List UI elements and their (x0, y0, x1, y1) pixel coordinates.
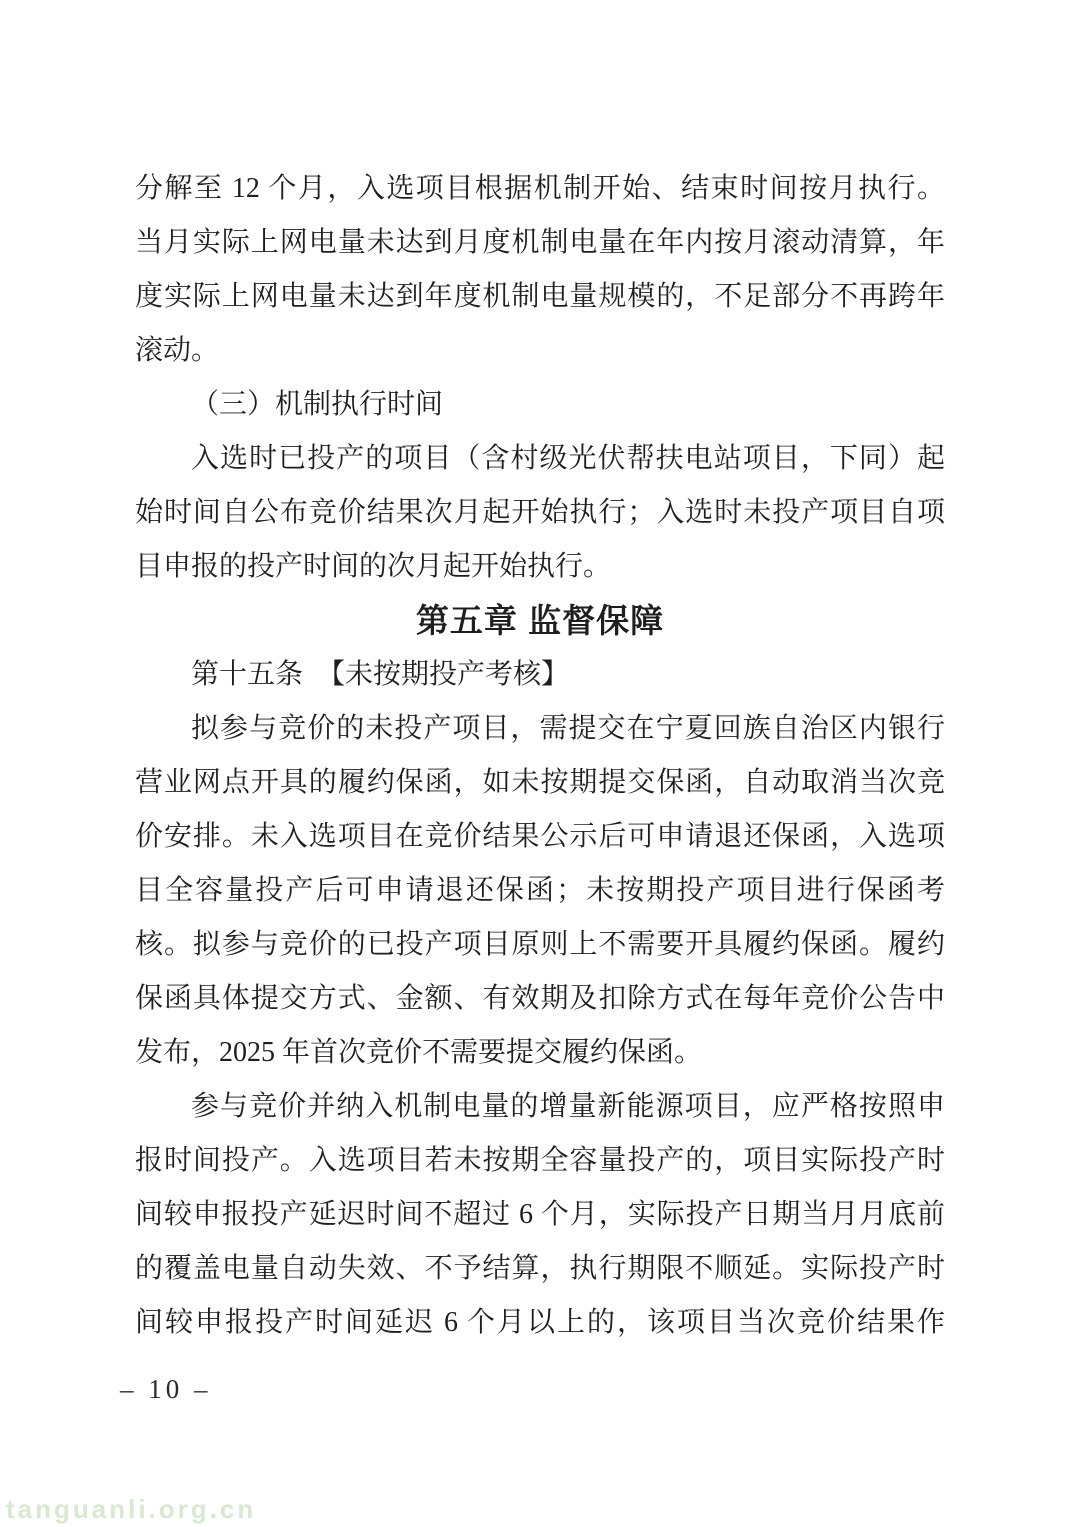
text-line: 目全容量投产后可申请退还保函；未按期投产项目进行保函考 (135, 864, 945, 918)
text-line: 参与竞价并纳入机制电量的增量新能源项目，应严格按照申 (135, 1080, 945, 1134)
text-line: 始时间自公布竞价结果次月起开始执行；入选时未投产项目自项 (135, 486, 945, 540)
watermark-text: tanguanli.org.cn (6, 1494, 256, 1525)
text-line: 核。拟参与竞价的已投产项目原则上不需要开具履约保函。履约 (135, 918, 945, 972)
document-body: 分解至 12 个月，入选项目根据机制开始、结束时间按月执行。 当月实际上网电量未… (135, 162, 945, 1350)
text-line: 当月实际上网电量未达到月度机制电量在年内按月滚动清算，年 (135, 216, 945, 270)
article-title: 第十五条 【未按期投产考核】 (135, 648, 945, 702)
text-line: 分解至 12 个月，入选项目根据机制开始、结束时间按月执行。 (135, 162, 945, 216)
document-page: 分解至 12 个月，入选项目根据机制开始、结束时间按月执行。 当月实际上网电量未… (0, 0, 1080, 1527)
text-line: 发布，2025 年首次竞价不需要提交履约保函。 (135, 1026, 945, 1080)
text-line: 间较申报投产时间延迟 6 个月以上的，该项目当次竞价结果作 (135, 1296, 945, 1350)
text-line: 拟参与竞价的未投产项目，需提交在宁夏回族自治区内银行 (135, 702, 945, 756)
page-number: – 10 – (120, 1374, 212, 1405)
chapter-heading: 第五章 监督保障 (135, 594, 945, 648)
text-line: 的覆盖电量自动失效、不予结算，执行期限不顺延。实际投产时 (135, 1242, 945, 1296)
text-line: 度实际上网电量未达到年度机制电量规模的，不足部分不再跨年 (135, 270, 945, 324)
text-line: 报时间投产。入选项目若未按期全容量投产的，项目实际投产时 (135, 1134, 945, 1188)
text-line: 保函具体提交方式、金额、有效期及扣除方式在每年竞价公告中 (135, 972, 945, 1026)
text-line: 滚动。 (135, 324, 945, 378)
text-line: 营业网点开具的履约保函，如未按期提交保函，自动取消当次竞 (135, 756, 945, 810)
text-line: 入选时已投产的项目（含村级光伏帮扶电站项目，下同）起 (135, 432, 945, 486)
text-line: 价安排。未入选项目在竞价结果公示后可申请退还保函，入选项 (135, 810, 945, 864)
text-line: 目申报的投产时间的次月起开始执行。 (135, 540, 945, 594)
text-line: 间较申报投产延迟时间不超过 6 个月，实际投产日期当月月底前 (135, 1188, 945, 1242)
subsection-title: （三）机制执行时间 (135, 378, 945, 432)
